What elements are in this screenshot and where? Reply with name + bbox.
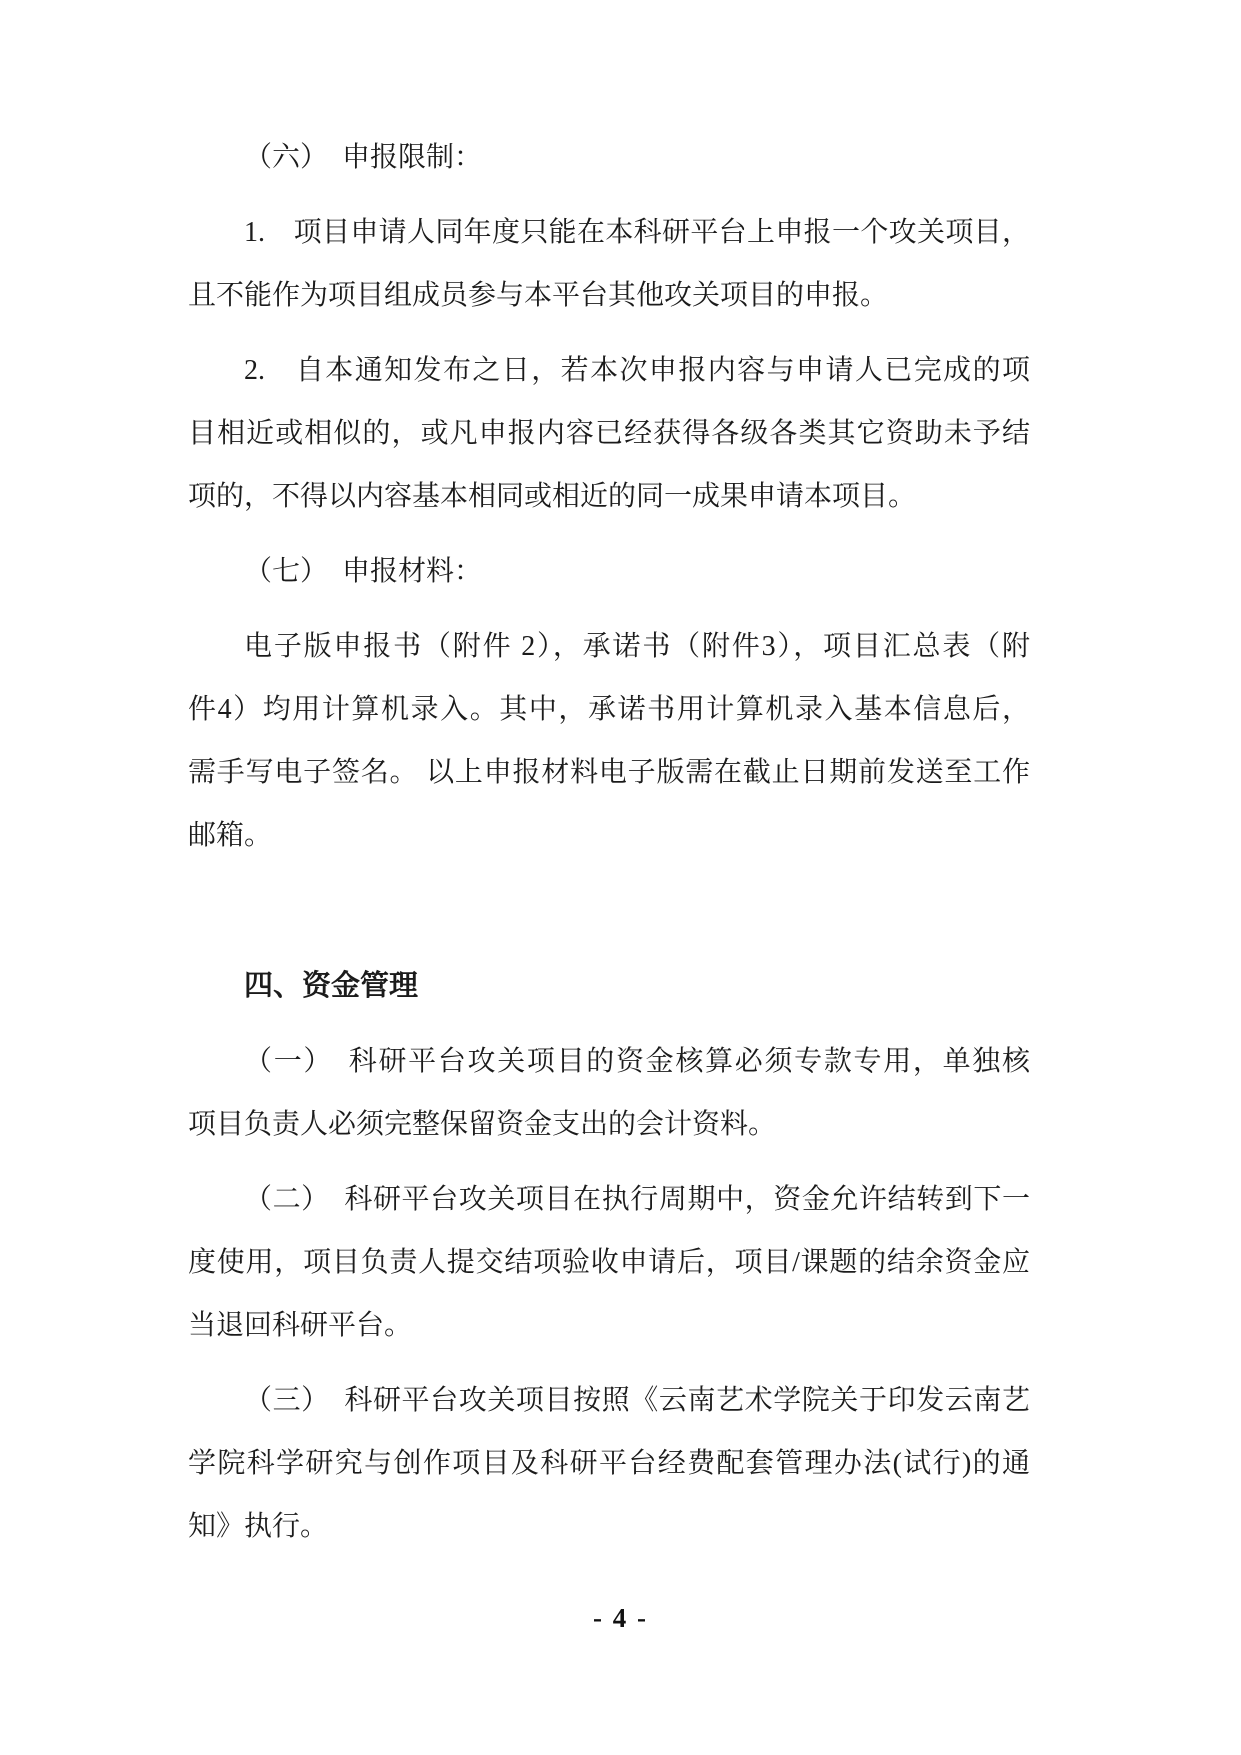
text-line: 度使用，项目负责人提交结项验收申请后，项目/课题的结余资金应 xyxy=(188,1231,1030,1294)
paragraph: （二） 科研平台攻关项目在执行周期中，资金允许结转到下一年度使用，项目负责人提交… xyxy=(188,1168,1030,1357)
paragraph: 电子版申报书（附件 2），承诺书（附件3），项目汇总表（附件4）均用计算机录入。… xyxy=(188,615,1030,867)
text-line: 需手写电子签名。 以上申报材料电子版需在截止日期前发送至工作 xyxy=(188,741,1030,804)
paragraph: （七） 申报材料： xyxy=(188,540,1030,603)
text-line: 四、资金管理 xyxy=(188,955,1030,1018)
text-line: 电子版申报书（附件 2），承诺书（附件3），项目汇总表（附 xyxy=(188,615,1030,678)
text-line: 学院科学研究与创作项目及科研平台经费配套管理办法(试行)的通 xyxy=(188,1432,1030,1495)
text-line: （二） 科研平台攻关项目在执行周期中，资金允许结转到下一年 xyxy=(188,1168,1030,1231)
text-line: （六） 申报限制： xyxy=(188,126,1030,189)
document-page: （六） 申报限制：1. 项目申请人同年度只能在本科研平台上申报一个攻关项目，且不… xyxy=(0,0,1241,1755)
text-line: （一） 科研平台攻关项目的资金核算必须专款专用，单独核算， xyxy=(188,1030,1030,1093)
document-body: （六） 申报限制：1. 项目申请人同年度只能在本科研平台上申报一个攻关项目，且不… xyxy=(188,0,1030,1558)
text-line: 件4）均用计算机录入。其中，承诺书用计算机录入基本信息后， xyxy=(188,678,1030,741)
text-line: 邮箱。 xyxy=(188,804,1030,867)
text-line: 目相近或相似的，或凡申报内容已经获得各级各类其它资助未予结 xyxy=(188,402,1030,465)
text-line: 项目负责人必须完整保留资金支出的会计资料。 xyxy=(188,1093,1030,1156)
paragraph: （三） 科研平台攻关项目按照《云南艺术学院关于印发云南艺术学院科学研究与创作项目… xyxy=(188,1369,1030,1558)
paragraph: （一） 科研平台攻关项目的资金核算必须专款专用，单独核算，项目负责人必须完整保留… xyxy=(188,1030,1030,1156)
paragraph: 1. 项目申请人同年度只能在本科研平台上申报一个攻关项目，且不能作为项目组成员参… xyxy=(188,201,1030,327)
text-line: 且不能作为项目组成员参与本平台其他攻关项目的申报。 xyxy=(188,264,1030,327)
paragraph: 2. 自本通知发布之日，若本次申报内容与申请人已完成的项目相近或相似的，或凡申报… xyxy=(188,339,1030,528)
text-line: 1. 项目申请人同年度只能在本科研平台上申报一个攻关项目， xyxy=(188,201,1030,264)
text-line: 当退回科研平台。 xyxy=(188,1294,1030,1357)
text-line: 2. 自本通知发布之日，若本次申报内容与申请人已完成的项 xyxy=(188,339,1030,402)
text-line: 知》执行。 xyxy=(188,1495,1030,1558)
text-line: （七） 申报材料： xyxy=(188,540,1030,603)
page-number: - 4 - xyxy=(0,1596,1241,1640)
section-heading: 四、资金管理 xyxy=(188,955,1030,1018)
text-line: （三） 科研平台攻关项目按照《云南艺术学院关于印发云南艺术 xyxy=(188,1369,1030,1432)
text-line: 项的，不得以内容基本相同或相近的同一成果申请本项目。 xyxy=(188,465,1030,528)
paragraph: （六） 申报限制： xyxy=(188,126,1030,189)
